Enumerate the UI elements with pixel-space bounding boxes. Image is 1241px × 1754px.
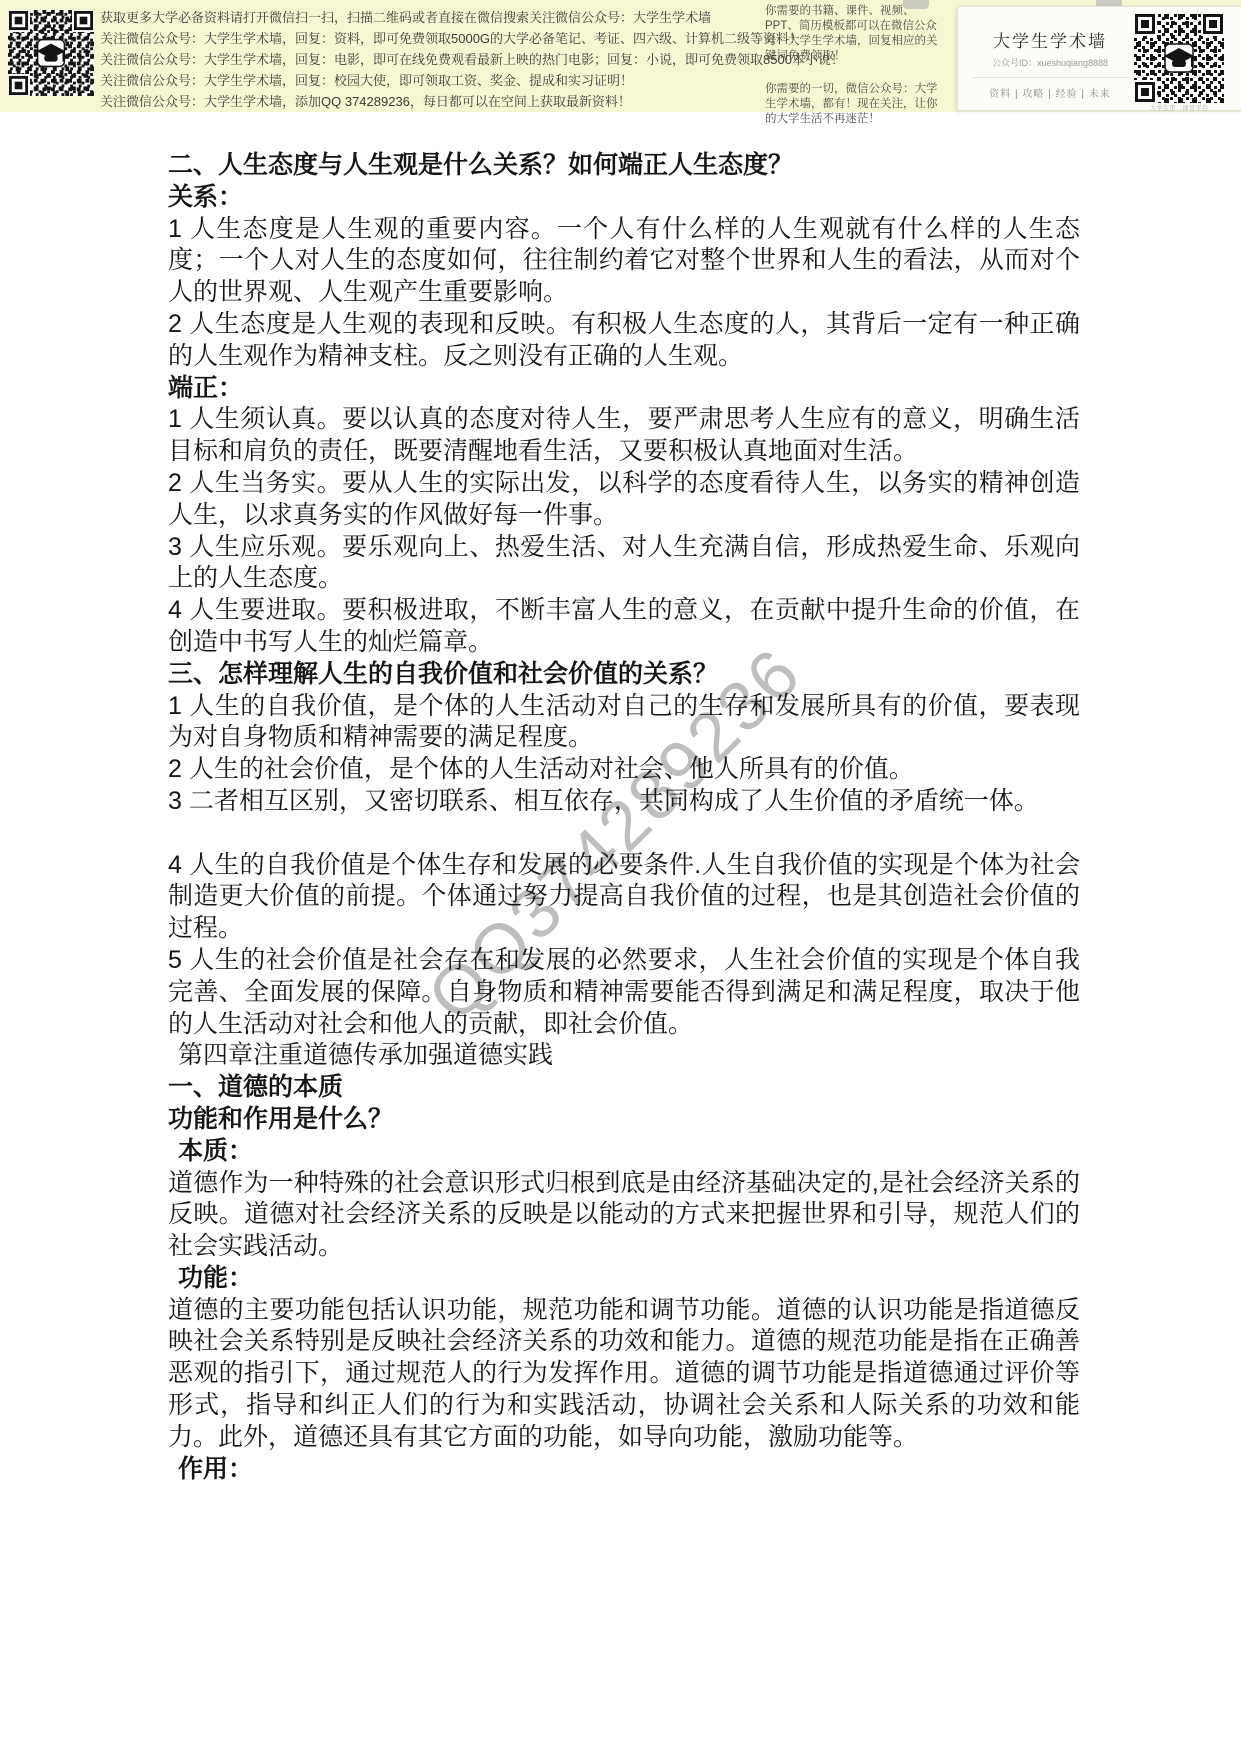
heading-benzhi: 本质： — [168, 1136, 1080, 1168]
promo-banner: 获取更多大学必备资料请打开微信扫一扫，扫描二维码或者直接在微信搜索关注微信公众号… — [0, 0, 1241, 112]
card-title: 大学生学术墙 — [970, 27, 1130, 52]
heading-chapter-4: 第四章注重道德传承加强道德实践 — [168, 1040, 1080, 1072]
heading-duanzheng: 端正： — [168, 373, 1080, 405]
paragraph: 4 人生要进取。要积极进取，不断丰富人生的意义，在贡献中提升生命的价值，在创造中… — [168, 595, 1080, 659]
document-body: 二、人生态度与人生观是什么关系？如何端正人生态度？关系：1 人生态度是人生观的重… — [168, 150, 1080, 1485]
account-card: 大学生学术墙 公众号ID：xueshuqiang8888 资料 | 攻略 | 经… — [957, 6, 1241, 111]
tab-notch-icon — [903, 0, 929, 9]
heading-zuoyong: 作用： — [168, 1454, 1080, 1486]
qr-caption: 大学生第二课堂平台 — [1136, 103, 1222, 112]
paragraph: 2 人生当务实。要从人生的实际出发，以科学的态度看待人生，以务实的精神创造人生，… — [168, 468, 1080, 532]
paragraph: 4 人生的自我价值是个体生存和发展的必要条件.人生自我价值的实现是个体为社会制造… — [168, 850, 1080, 945]
promo-line: 关注微信公众号：大学生学术墙，回复：电影，即可在线免费观看最新上映的热门电影；回… — [100, 49, 800, 70]
heading-section-1-morality: 一、道德的本质 — [168, 1072, 1080, 1104]
paragraph: 道德的主要功能包括认识功能，规范功能和调节功能。道德的认识功能是指道德反映社会关… — [168, 1295, 1080, 1454]
document-page: 获取更多大学必备资料请打开微信扫一扫，扫描二维码或者直接在微信搜索关注微信公众号… — [0, 0, 1241, 1754]
promo-line: 关注微信公众号：大学生学术墙，回复：资料，即可免费领取5000G的大学必备笔记、… — [100, 28, 800, 49]
paragraph: 5 人生的社会价值是社会存在和发展的必然要求，人生社会价值的实现是个体自我完善、… — [168, 945, 1080, 1040]
card-account-id: 公众号ID：xueshuqiang8888 — [970, 56, 1130, 69]
heading-gongneng: 功能： — [168, 1263, 1080, 1295]
paragraph: 2 人生的社会价值，是个体的人生活动对社会、他人所具有的价值。 — [168, 754, 1080, 786]
promo-text-block: 获取更多大学必备资料请打开微信扫一扫，扫描二维码或者直接在微信搜索关注微信公众号… — [100, 7, 800, 112]
paragraph: 1 人生须认真。要以认真的态度对待人生，要严肃思考人生应有的意义，明确生活目标和… — [168, 404, 1080, 468]
heading-function-question: 功能和作用是什么？ — [168, 1104, 1080, 1136]
promo-line: 关注微信公众号：大学生学术墙，回复：校园大使，即可领取工资、奖金、提成和实习证明… — [100, 70, 800, 91]
paragraph: 3 人生应乐观。要乐观向上、热爱生活、对人生充满自信，形成热爱生命、乐观向上的人… — [168, 532, 1080, 596]
paragraph: 道德作为一种特殊的社会意识形式归根到底是由经济基础决定的,是社会经济关系的反映。… — [168, 1168, 1080, 1263]
promo-notes: 你需要的书籍、课件、视频、PPT、简历模板都可以在微信公众号：大学生学术墙，回复… — [765, 4, 943, 141]
paragraph: 3 二者相互区别，又密切联系、相互依存，共同构成了人生价值的矛盾统一体。 — [168, 786, 1080, 818]
paragraph: 2 人生态度是人生观的表现和反映。有积极人生态度的人，其背后一定有一种正确的人生… — [168, 309, 1080, 373]
heading-guanxi: 关系： — [168, 182, 1080, 214]
promo-note: 你需要的一切，微信公众号：大学生学术墙，都有！现在关注，让你的大学生活不再迷茫！ — [765, 82, 943, 127]
qr-code-right-icon — [1134, 13, 1224, 108]
heading-section-2: 二、人生态度与人生观是什么关系？如何端正人生态度？ — [168, 150, 1080, 182]
promo-note: 你需要的书籍、课件、视频、PPT、简历模板都可以在微信公众号：大学生学术墙，回复… — [765, 4, 943, 64]
paragraph: 1 人生态度是人生观的重要内容。一个人有什么样的人生观就有什么样的人生态度；一个… — [168, 214, 1080, 309]
promo-line: 获取更多大学必备资料请打开微信扫一扫，扫描二维码或者直接在微信搜索关注微信公众号… — [100, 7, 800, 28]
card-divider — [972, 77, 1128, 78]
heading-section-3: 三、怎样理解人生的自我价值和社会价值的关系？ — [168, 659, 1080, 691]
card-nav-links: 资料 | 攻略 | 经验 | 未来 — [970, 85, 1130, 100]
qr-code-left-icon — [8, 7, 94, 104]
paragraph: 1 人生的自我价值，是个体的人生活动对自己的生存和发展所具有的价值，要表现为对自… — [168, 691, 1080, 755]
promo-line: 关注微信公众号：大学生学术墙，添加QQ 374289236，每日都可以在空间上获… — [100, 91, 800, 112]
